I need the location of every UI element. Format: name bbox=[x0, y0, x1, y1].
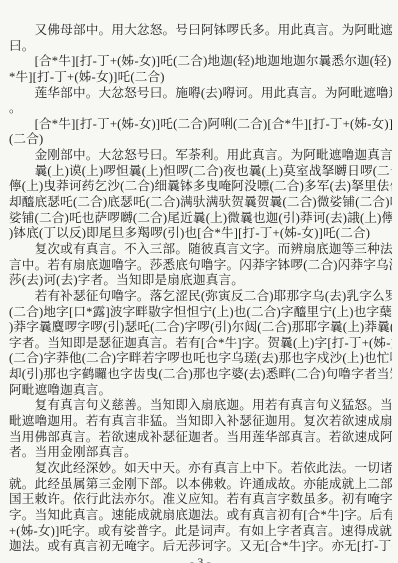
text-line: 莲华部中。大忿怒号曰。施嘚(去)嘚诃。用此真言。为阿毗遮噜迦真言曰 bbox=[9, 86, 392, 102]
text-line: *牛][打-丁+(姊-女)]吒(二合) bbox=[9, 70, 392, 86]
text-line: 国王敕许。依行此法亦尔。准义应知。若有真言字数虽多。初有唵字后有莎诃 bbox=[9, 492, 392, 508]
text-line: 若有补瑟征句噜字。落乞涩民(弥寅反二合)耶那字乌(去)乳字么罗字犁嘌 bbox=[9, 289, 392, 305]
text-line: )莽字曩麌啰字啰(引)瑟吒(二合)字啰(引)尔闼(二合)那耶字曩(上)莽曩(上)… bbox=[9, 320, 392, 336]
text-line: 就。此经虽属第三金刚下部。以本佛敕。许通成故。亦能成就上二部法。譬如 bbox=[9, 477, 392, 493]
text-line: (二合) bbox=[9, 132, 392, 148]
text-line: 复有真言句义慈善。当知即入扇底迦。用若有真言句义猛怒。当知即入阿 bbox=[9, 398, 392, 414]
text-line: 又佛母部中。用大忿怒。号曰阿钵啰氏多。用此真言。为阿毗遮噜迦真言 bbox=[9, 23, 392, 39]
text-line: 莎(去)诃(去)字者。当知即是扇底迦真言。 bbox=[9, 273, 392, 289]
text-line: 儜(上)曳莽诃药乞沙(二合)细曩钵多曳唵阿没嘌(二合)多军(去)拏里佉佉却醯 bbox=[9, 179, 392, 195]
text-line: +(姊-女)]吒字。或有娑普字。此是词声。有如上字者真言。速得成就阿毗遮噜 bbox=[9, 524, 392, 540]
text-line: 复次或有真言。不入三部。随彼真言文字。而辨扇底迦等三种法事。其真 bbox=[9, 242, 392, 258]
text-line: 复次此经深妙。如天中天。亦有真言上中下。若依此法。一切诸事无不成 bbox=[9, 461, 392, 477]
text-line: 毗遮噜迦用。若有真言非猛。当知即入补瑟征迦用。复次若欲速成扇底迦者。 bbox=[9, 414, 392, 430]
text-line: 曩(上)谟(上)啰怛曩(上)怛啰(二合)夜也曩(上)莫室战拏嚩日啰(二合)簸 bbox=[9, 164, 392, 180]
text-line: (二合)地字[口*露]波字畔敭字怛怛宁(上)也(二合)字醯里宁(上)也字蘖啰(引 bbox=[9, 305, 392, 321]
text-line: )钵底(丁以反)即尾旦多羯啰(引)也[合*牛][打-丁+(姊-女)]吒(二合) bbox=[9, 226, 392, 242]
text-line: 金刚部中。大忿怒号曰。军荼利。用此真言。为阿毗遮噜迦真言曰。 bbox=[9, 148, 392, 164]
text-line: 字。当知此真言。速能成就扇底迦法。或有真言初有[合*牛]字。后有[打-丁 bbox=[9, 508, 392, 524]
text-line: 字者。当知即是瑟征迦真言。若有[合*牛]字。贺曩(上)字[打-丁+(姊-女)]吒 bbox=[9, 336, 392, 352]
text-line: 言中。若有扇底迦噜字。莎悉底句噜字。闪莽字钵啰(二合)闪莽字乌波闪莽字 bbox=[9, 258, 392, 274]
text-line: 却醯底瑟吒(二合)底瑟吒(二合)满驮满驮贺曩贺曩(二合)微娑铺(二合)吒也微 bbox=[9, 195, 392, 211]
document-page: 又佛母部中。用大忿怒。号曰阿钵啰氏多。用此真言。为阿毗遮噜迦真言 曰。 [合*牛… bbox=[0, 0, 398, 563]
text-line: [合*牛][打-丁+(姊-女)]吒(二合)地迦(轻)地迦地迦尔曩悉尔迦(轻)[合 bbox=[9, 54, 392, 70]
text-line: [合*牛][打-丁+(姊-女)]吒(二合)阿唎(二合)[合*牛][打-丁+(姊-… bbox=[9, 117, 392, 133]
text-line: 阿毗遮噜迦真言。 bbox=[9, 383, 392, 399]
text-line: 当用佛部真言。若欲速成补瑟征迦者。当用莲华部真言。若欲速成阿毗遮噜迦 bbox=[9, 430, 392, 446]
text-line: (二合)字莽他(二合)字畔若字啰也吒也字乌瑳(去)那也字戍沙(上)也忙啰也字 bbox=[9, 351, 392, 367]
text-line: 。 bbox=[9, 101, 392, 117]
text-line: 却(引)那也字鹤曪也字齿曳(二合)那也字婆(去)悉畔(二合)句噜字者当知即是 bbox=[9, 367, 392, 383]
page-number: - 3 - bbox=[9, 555, 392, 563]
text-line: 曰。 bbox=[9, 39, 392, 55]
text-line: 娑铺(二合)吒也萨啰嚩(二合)尾近曩(上)微曩也迦(引)莽诃(去)誐(上)儜(上 bbox=[9, 211, 392, 227]
text-line: 者。当用金刚部真言。 bbox=[9, 445, 392, 461]
text-line: 迦法。或有真言初无唵字。后无莎诃字。又无[合*牛]字。亦无[打-丁+(姊-女 bbox=[9, 539, 392, 555]
